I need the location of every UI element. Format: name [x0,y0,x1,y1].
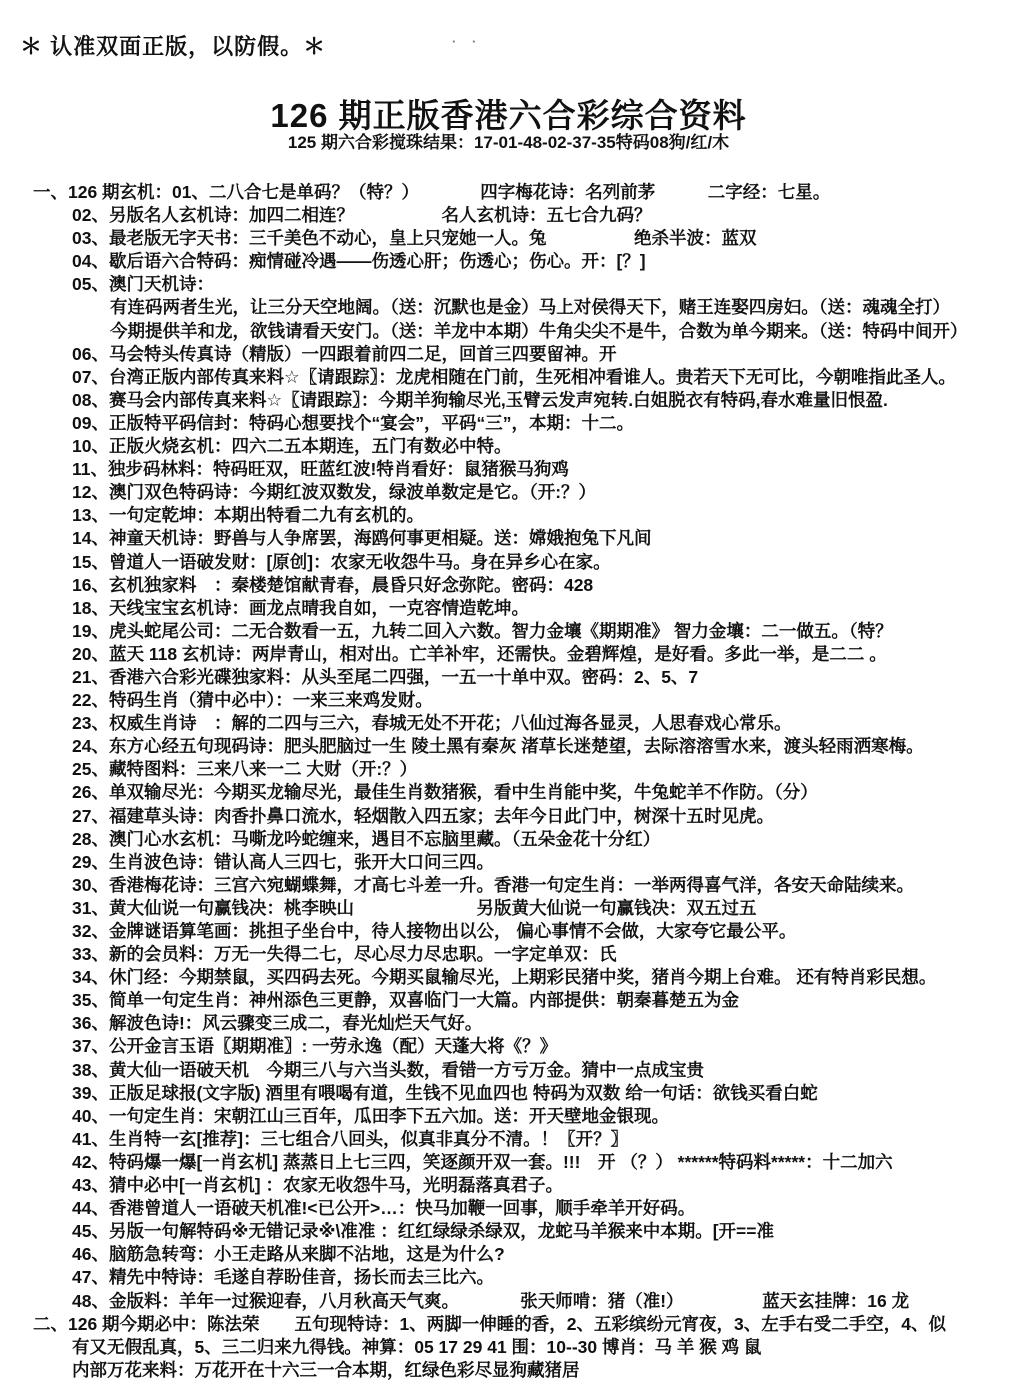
body-line: 18、天线宝宝玄机诗：画龙点晴我自如，一克容情造乾坤。 [0,597,1017,620]
body-line: 二、126 期今期必中：陈法荣 五句现特诗：1、两脚一伸睡的香，2、五彩缤纷元宵… [0,1313,1017,1336]
anti-fake-notice: ＊ 认准双面正版，以防假。＊ [20,30,326,61]
body-line: 10、正版火烧玄机：四六二五本期连，五门有数必中特。 [0,435,1017,458]
body-line: 有连码两者生光，让三分天空地阔。（送：沉默也是金）马上对侯得天下，赌王连娶四房妇… [0,296,1017,319]
body-line: 20、蓝天 118 玄机诗：两岸青山，相对出。亡羊补牢，还需快。金碧辉煌，是好看… [0,643,1017,666]
body-line: 39、正版足球报(文字版) 酒里有喂喝有道，生钱不见血四也 特码为双数 给一句话… [0,1082,1017,1105]
body-line: 22、特码生肖（猜中必中）：一来三来鸡发财。 [0,689,1017,712]
body-line: 36、解波色诗!：风云骤变三成二，春光灿烂天气好。 [0,1012,1017,1035]
body-line: 11、独步码林料：特码旺双，旺蓝红波!特肖看好：鼠猪猴马狗鸡 [0,458,1017,481]
body-line: 04、歇后语六合特码：痴情碰冷遇——伤透心肝；伤透心；伤心。开：[？] [0,250,1017,273]
body-line: 14、神童天机诗：野兽与人争席罢，海鸥何事更相疑。送：嫦娥抱兔下凡间 [0,527,1017,550]
body-line: 48、金版料：羊年一过猴迎春，八月秋高天气爽。 张天师啃：猪（准!） 蓝天玄挂牌… [0,1290,1017,1313]
body-line: 33、新的会员料：万无一失得二七，尽心尽力尽忠职。一字定单双：氏 [0,943,1017,966]
body-line: 37、公开金言玉语〖期期准〗: 一劳永逸（配）天蓬大将《？》 [0,1035,1017,1058]
body-line: 09、正版特平码信封：特码心想要找个“宴会”，平码“三”，本期：十二。 [0,412,1017,435]
body-line: 44、香港曾道人一语破天机准!<已公开>…：快马加鞭一回事，顺手牵羊开好码。 [0,1197,1017,1220]
body-line: 15、曾道人一语破发财：[原创]：农家无收怨牛马。身在异乡心在家。 [0,551,1017,574]
body-line: 29、生肖波色诗：错认高人三四七，张开大口问三四。 [0,851,1017,874]
body-line: 41、生肖特一玄[推荐]：三七组合八回头，似真非真分不清。！〖开？〗 [0,1128,1017,1151]
body-line: 13、一句定乾坤：本期出特看二九有玄机的。 [0,504,1017,527]
body-line: 27、福建草头诗：肉香扑鼻口流水，轻烟散入四五家；去年今日此门中，树深十五时见虎… [0,805,1017,828]
body-line: 08、赛马会内部传真来料☆〖请跟踪〗：今期羊狗输尽光,玉臂云发声宛转.白姐脱衣有… [0,389,1017,412]
body-line: 12、澳门双色特码诗：今期红波双数发，绿波单数定是它。（开:？） [0,481,1017,504]
scan-dots: · · [452,34,482,49]
body-line: 42、特码爆一爆[一肖玄机] 蒸蒸日上七三四，笑逐颜开双一套。!!! 开 （？）… [0,1151,1017,1174]
body-line: 05、澳门天机诗： [0,273,1017,296]
body-line: 24、东方心经五句现码诗：肥头肥脑过一生 陵土黑有秦灰 渚草长迷楚望，去际溶溶雪… [0,735,1017,758]
body-line: 06、马会特头传真诗（精版）一四跟着前四二足，回首三四要留神。开 [0,343,1017,366]
body-line: 今期提供羊和龙，欲钱请看天安门。（送：羊龙中本期）牛角尖尖不是牛，合数为单今期来… [0,320,1017,343]
previous-draw-result: 125 期六合彩搅珠结果：17-01-48-02-37-35特码08狗/红/木 [0,128,1017,153]
body-line: 34、休门经：今期禁鼠，买四码去死。今期买鼠输尽光，上期彩民猪中奖，猪肖今期上台… [0,966,1017,989]
body-line: 40、一句定生肖：宋朝江山三百年，瓜田李下五六加。送：开天壁地金银现。 [0,1105,1017,1128]
body-line: 28、澳门心水玄机：马嘶龙吟蛇缠来，遇目不忘脑里藏。（五朵金花十分红） [0,828,1017,851]
body-line: 45、另版一句解特码※无错记录※\准准 ：红红绿绿杀绿双，龙蛇马羊猴来中本期。[… [0,1220,1017,1243]
body-line: 02、另版名人玄机诗：加四二相连？ 名人玄机诗：五七合九码？ [0,204,1017,227]
body-line: 有又无假乱真，5、三二归来九得钱。神算：05 17 29 41 围：10--30… [0,1336,1017,1359]
body-line: 一、126 期玄机：01、二八合七是单码？（特？） 四字梅花诗：名列前茅 二字经… [0,181,1017,204]
body-line: 32、金牌谜语算笔画：挑担子坐台中，待人接物出以公， 偏心事情不会做，大家夸它最… [0,920,1017,943]
body-line: 23、权威生肖诗 ：解的二四与三六，春城无处不开花；八仙过海各显灵，人思春戏心常… [0,712,1017,735]
body-line: 21、香港六合彩光碟独家料：从头至尾二四强，一五一十单中双。密码：2、5、7 [0,666,1017,689]
body-line: 30、香港梅花诗：三宫六宛蝴蝶舞，才高七斗差一升。香港一句定生肖：一举两得喜气洋… [0,874,1017,897]
body-line: 内部万花来料：万花开在十六三一合本期，红绿色彩尽显狗藏猪居 [0,1359,1017,1382]
body-line: 47、精先中特诗：毛遂自荐盼佳音，扬长而去三比六。 [0,1266,1017,1289]
body-line: 16、玄机独家料 ：秦楼楚馆献青春，晨昏只好念弥陀。密码：428 [0,574,1017,597]
body-line: 07、台湾正版内部传真来料☆〖请跟踪〗：龙虎相随在门前，生死相冲看谁人。贵若天下… [0,366,1017,389]
body-line: 25、藏特图料：三来八来一二 大财（开:？） [0,758,1017,781]
body-line: 03、最老版无字天书：三千美色不动心，皇上只宠她一人。兔 绝杀半波：蓝双 [0,227,1017,250]
body-line: 26、单双输尽光：今期买龙输尽光，最佳生肖数猪猴，看中生肖能中奖，牛兔蛇羊不作防… [0,781,1017,804]
body-lines: 一、126 期玄机：01、二八合七是单码？（特？） 四字梅花诗：名列前茅 二字经… [0,181,1017,1382]
body-line: 43、猜中必中[一肖玄机] ：农家无收怨牛马，光明磊落真君子。 [0,1174,1017,1197]
body-line: 31、黄大仙说一句赢钱决：桃李映山 另版黄大仙说一句赢钱决：双五过五 [0,897,1017,920]
body-line: 38、黄大仙一语破天机 今期三八与六当头数，看错一方亏万金。猜中一点成宝贵 [0,1059,1017,1082]
body-line: 46、脑筋急转弯：小王走路从来脚不沾地，这是为什么? [0,1243,1017,1266]
body-line: 19、虎头蛇尾公司：二无合数看一五，九转二回入六数。智力金壤《期期准》 智力金壤… [0,620,1017,643]
body-line: 35、简单一句定生肖：神州添色三更静，双喜临门一大篇。内部提供：朝秦暮楚五为金 [0,989,1017,1012]
